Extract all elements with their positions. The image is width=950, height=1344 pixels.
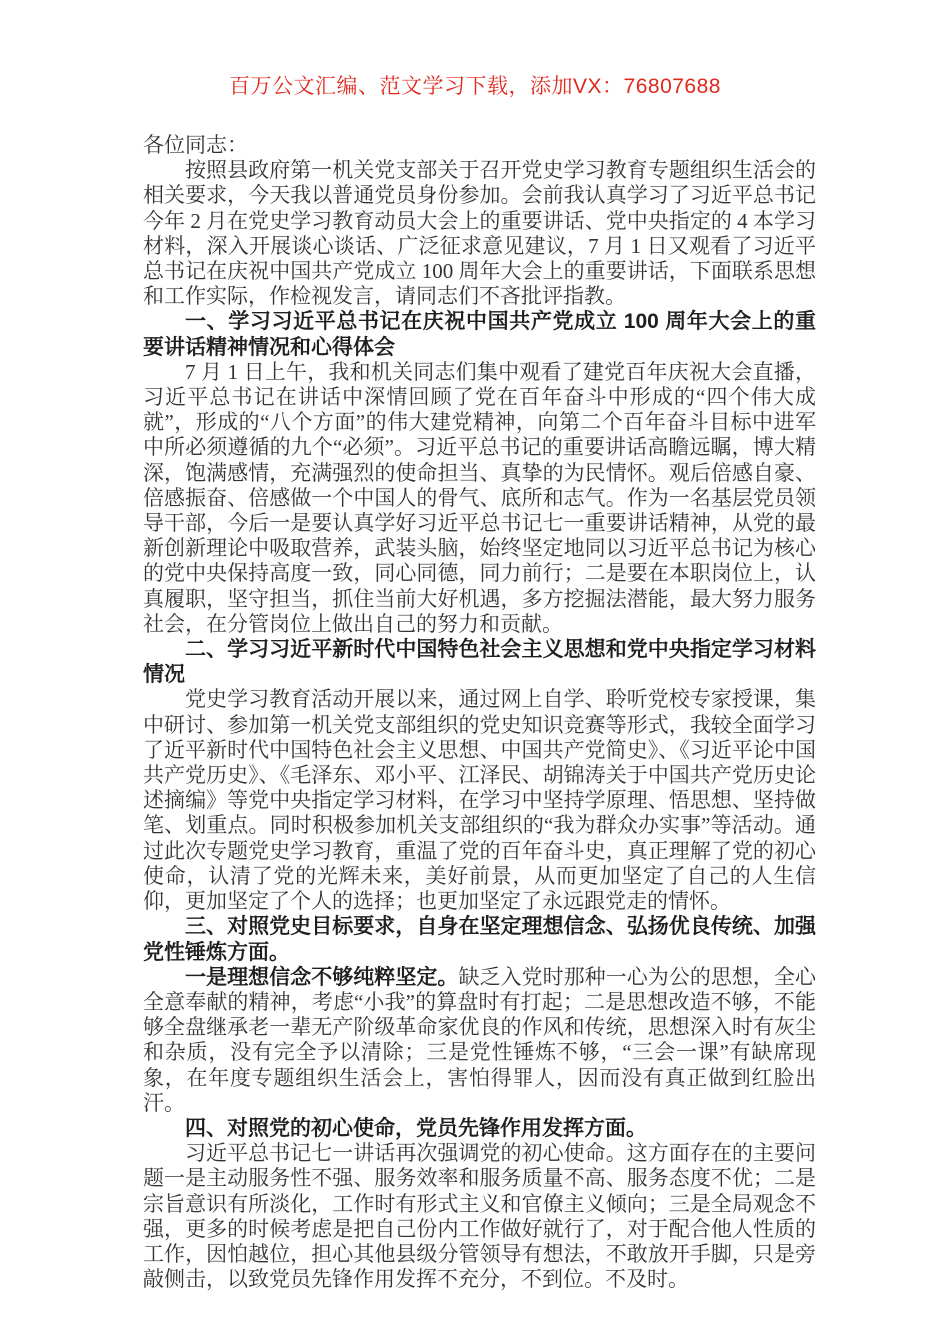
document-page: 百万公文汇编、范文学习下载，添加VX：76807688 各位同志： 按照县政府第… xyxy=(0,0,950,1344)
paragraph-section-3-bold-lead: 一是理想信念不够纯粹坚定。 xyxy=(185,966,458,989)
paragraph-section-4: 习近平总书记七一讲话再次强调党的初心使命。这方面存在的主要问题一是主动服务性不强… xyxy=(143,1141,816,1292)
section-heading-2: 二、学习习近平新时代中国特色社会主义思想和党中央指定学习材料情况 xyxy=(143,637,816,687)
paragraph-section-1: 7 月 1 日上午，我和机关同志们集中观看了建党百年庆祝大会直播，习近平总书记在… xyxy=(143,360,816,637)
promo-banner: 百万公文汇编、范文学习下载，添加VX：76807688 xyxy=(0,0,950,100)
paragraph-intro: 按照县政府第一机关党支部关于召开党史学习教育专题组织生活会的相关要求，今天我以普… xyxy=(143,158,816,309)
section-heading-3: 三、对照党史目标要求，自身在坚定理想信念、弘扬优良传统、加强党性锤炼方面。 xyxy=(143,914,816,964)
document-body: 各位同志： 按照县政府第一机关党支部关于召开党史学习教育专题组织生活会的相关要求… xyxy=(143,133,816,1292)
section-heading-1: 一、学习习近平总书记在庆祝中国共产党成立 100 周年大会上的重要讲话精神情况和… xyxy=(143,309,816,359)
paragraph-section-2: 党史学习教育活动开展以来，通过网上自学、聆听党校专家授课，集中研讨、参加第一机关… xyxy=(143,687,816,914)
paragraph-section-3: 一是理想信念不够纯粹坚定。缺乏入党时那种一心为公的思想，全心全意奉献的精神，考虑… xyxy=(143,965,816,1116)
section-heading-4: 四、对照党的初心使命，党员先锋作用发挥方面。 xyxy=(143,1116,816,1141)
salutation: 各位同志： xyxy=(143,133,816,158)
